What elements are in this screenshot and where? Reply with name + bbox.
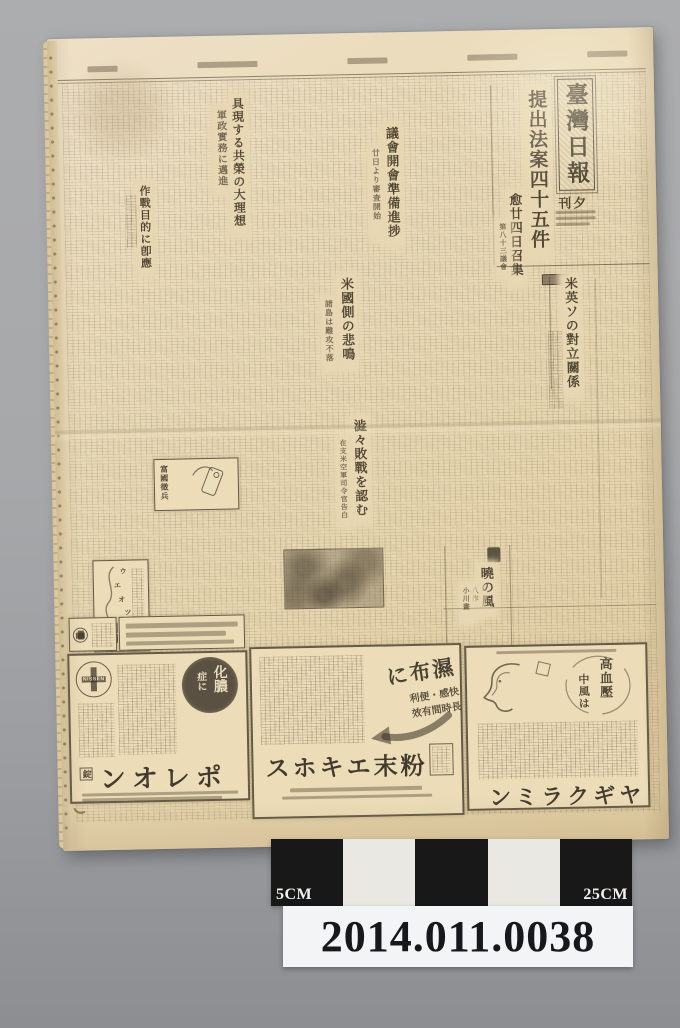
- catalog-number: 2014.011.0038: [321, 911, 596, 962]
- ad-poleon: NISSEN 化膿 症に 錠 ンオレポ: [67, 650, 250, 804]
- ad-yagi-line1: 高血壓: [598, 657, 612, 705]
- headline-law-bills-sub: 愈廿四日召集: [508, 193, 523, 285]
- novel-title: 曉の風: [480, 566, 494, 612]
- headline-us-lament-sub: 諸島は難攻不落: [324, 299, 333, 369]
- scale-segment-white: [343, 839, 415, 906]
- headline-defeat-sub: 在支米空軍司令官告白: [339, 439, 348, 523]
- headline-us-lament: 米國側の悲鳴: [340, 277, 355, 367]
- ad-tiny-right: [119, 614, 246, 651]
- cross-logo-text: NISSEN: [77, 676, 111, 683]
- headline-law-bills-kicker: 第八十三議會: [499, 223, 507, 275]
- headline-coprosperity-sub: 軍政實務に邁進: [214, 110, 226, 192]
- face-profile-icon: [474, 658, 537, 717]
- scale-segment-white: [488, 839, 560, 906]
- scale-bar: 5CM 25CM: [271, 839, 632, 906]
- swoosh-arrow-icon: [368, 711, 453, 747]
- headline-defeat: 澁々敗戰を認む: [353, 419, 368, 521]
- ad-yagi-text: [478, 720, 639, 779]
- pus-stamp: 化膿 症に: [181, 656, 238, 713]
- ad-ekihos-footer: [290, 786, 422, 793]
- ad-yagi-brand: ンミラクギヤ: [489, 778, 646, 812]
- battle-illustration: [283, 548, 384, 610]
- scale-right-label: 25CM: [583, 886, 628, 904]
- headline-diet-prep-sub: 廿日より審査開始: [371, 149, 381, 239]
- tag-string-icon: [190, 463, 214, 477]
- ad-yagi-line2: 中風は: [577, 673, 589, 713]
- headline-law-bills: 提出法案四十五件: [526, 89, 548, 259]
- page-header-text: [467, 54, 517, 61]
- ad-digestive-char: オ: [118, 595, 125, 605]
- ad-digestive-char: エ: [114, 581, 121, 591]
- catalog-card: 2014.011.0038: [283, 906, 633, 967]
- ad-digestive-char: ウ: [120, 567, 127, 577]
- ad-poleon-unit: 錠: [80, 767, 93, 780]
- novel-stamp: [487, 547, 500, 562]
- page-header-text: [87, 66, 117, 73]
- ad-fukoku-label: 富國徵兵: [159, 465, 168, 507]
- ad-poleon-text: [117, 664, 177, 755]
- headline-coprosperity: 具現する共榮の大理想: [231, 97, 246, 233]
- tiny-logo-icon: [73, 627, 88, 642]
- edition-label: 刊夕: [558, 192, 588, 212]
- ad-ekihos: に布濕 利便・感快 效有間時長 スホキエ末粉: [249, 643, 464, 819]
- tiny-ad-text: [126, 640, 234, 646]
- ad-digestive-text: [132, 568, 145, 620]
- ad-tiny-left: [69, 617, 118, 652]
- tiny-ad-text: [92, 623, 114, 647]
- tiny-ad-text: [126, 631, 226, 638]
- novel-credit-author: 八作: [471, 587, 479, 617]
- masthead: 臺灣日報: [557, 78, 595, 191]
- rivalry-subtext: [548, 331, 564, 409]
- ad-fukoku: 富國徵兵: [153, 457, 239, 511]
- ad-poleon-text: [78, 703, 115, 758]
- stamp-text: 症に: [195, 671, 206, 705]
- stamp-text: 化膿: [212, 665, 227, 705]
- page-header-text: [197, 61, 257, 68]
- masthead-title: 臺灣日報: [558, 79, 593, 187]
- ad-ekihos-sidebox: [429, 743, 454, 775]
- page-header-text: [587, 51, 627, 58]
- archive-photo: 臺灣日報 刊夕 提出法案四十五件 愈廿四日召集 第八十三議會 米英ソの對立關係 …: [0, 0, 680, 1028]
- headline-rivalry: 米英ソの對立關係: [564, 277, 579, 395]
- ad-poleon-footer: [82, 796, 222, 802]
- bayer-cross-logo: NISSEN: [75, 661, 112, 698]
- tiny-ad-text: [126, 621, 238, 628]
- ad-ekihos-brand: スホキエ末粉: [265, 746, 428, 784]
- scale-segment-black: 5CM: [271, 839, 343, 906]
- scale-segment-black: [415, 839, 487, 906]
- page-header-text: [347, 57, 387, 64]
- newspaper-page: 臺灣日報 刊夕 提出法案四十五件 愈廿四日召集 第八十三議會 米英ソの對立關係 …: [47, 27, 669, 851]
- ad-yagi: 高血壓 中風は ンミラクギヤ: [464, 642, 650, 811]
- operation-subtext: [126, 195, 137, 247]
- ad-ekihos-footer: [282, 794, 432, 800]
- pill-box-icon: [535, 661, 551, 677]
- headline-operation: 作戰目的に卽應: [138, 185, 151, 273]
- headline-diet-prep: 議會開會準備進捗: [385, 126, 400, 244]
- scale-segment-black: 25CM: [560, 839, 632, 906]
- scale-left-label: 5CM: [276, 886, 312, 904]
- novel-credit-artist: 小川畫: [462, 587, 470, 621]
- ad-ekihos-text: [259, 655, 365, 745]
